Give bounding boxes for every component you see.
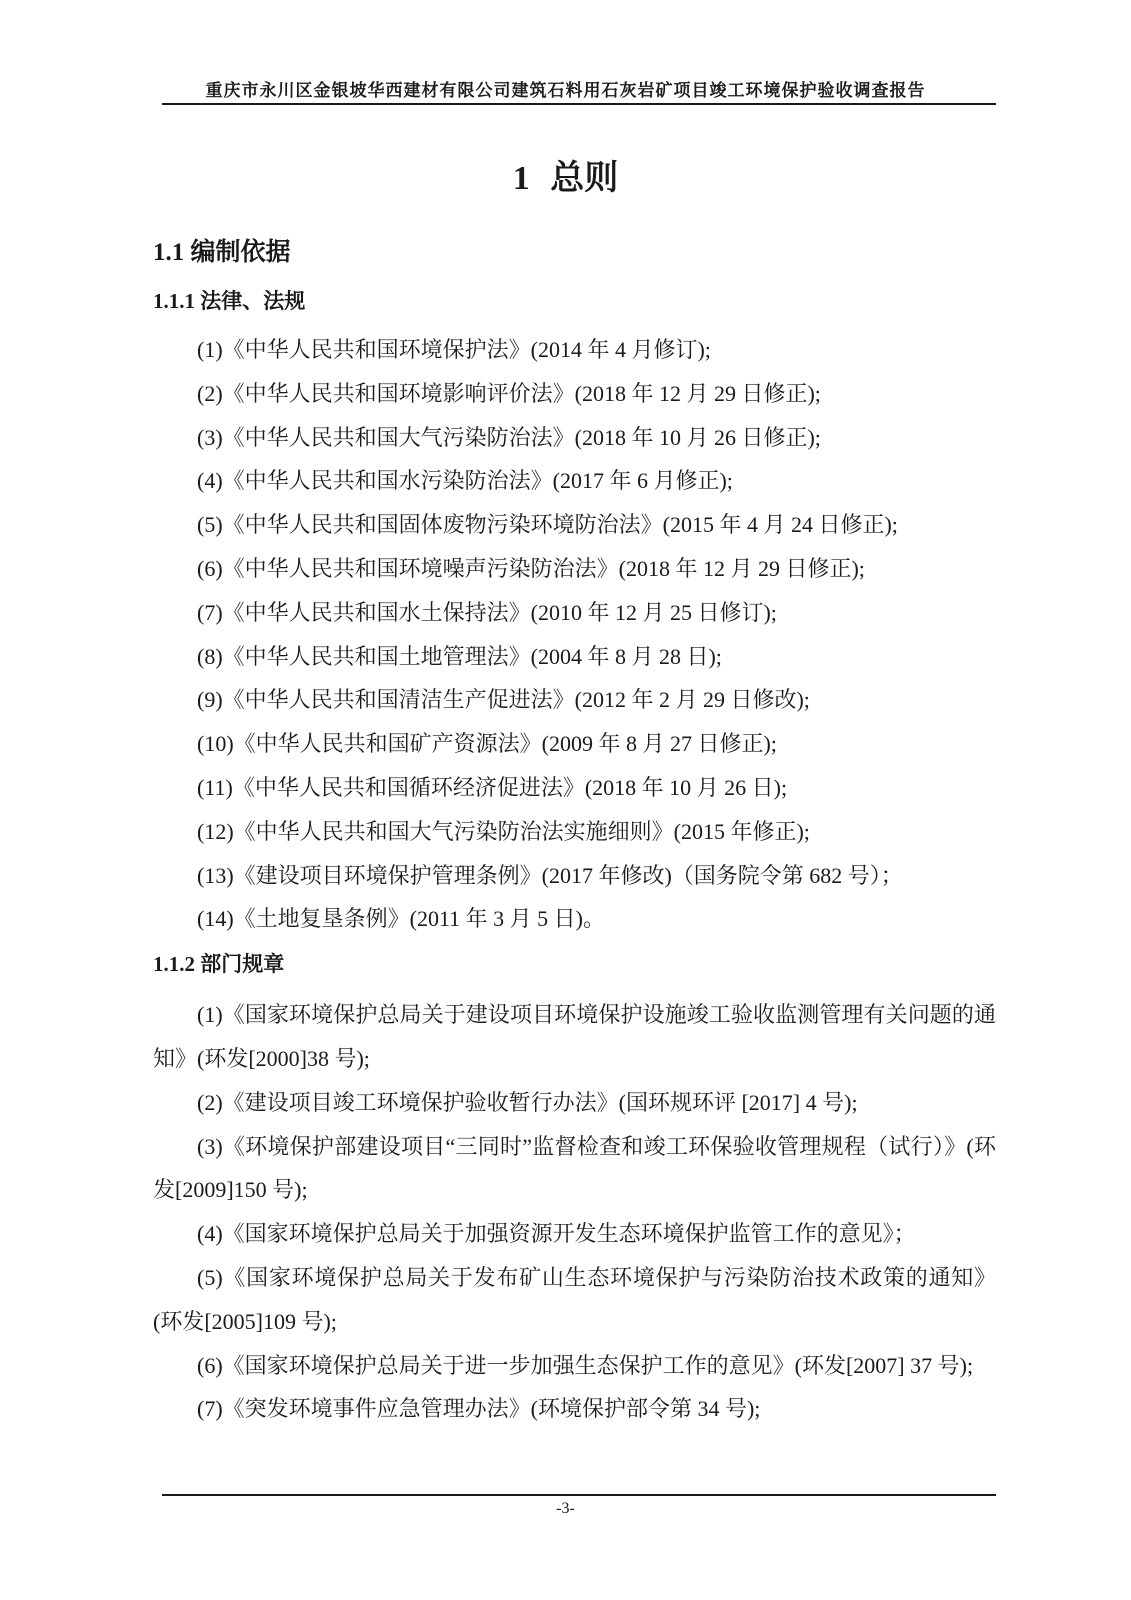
- regulation-item: (3)《环境保护部建设项目“三同时”监督检查和竣工环保验收管理规程（试行）》(环…: [153, 1125, 996, 1213]
- law-item: (6)《中华人民共和国环境噪声污染防治法》(2018 年 12 月 29 日修正…: [153, 547, 996, 591]
- section-heading-1-1-1: 1.1.1 法律、法规: [153, 288, 996, 314]
- header-rule: [162, 103, 996, 105]
- law-item: (3)《中华人民共和国大气污染防治法》(2018 年 10 月 26 日修正);: [153, 416, 996, 460]
- regulation-item: (1)《国家环境保护总局关于建设项目环境保护设施竣工验收监测管理有关问题的通知》…: [153, 993, 996, 1081]
- page-header: 重庆市永川区金银坡华西建材有限公司建筑石料用石灰岩矿项目竣工环境保护验收调查报告: [0, 76, 1131, 101]
- law-item: (4)《中华人民共和国水污染防治法》(2017 年 6 月修正);: [153, 459, 996, 503]
- section-heading-1-1-2: 1.1.2 部门规章: [153, 951, 996, 977]
- header-title: 重庆市永川区金银坡华西建材有限公司建筑石料用石灰岩矿项目竣工环境保护验收调查报告: [206, 81, 926, 100]
- law-item: (1)《中华人民共和国环境保护法》(2014 年 4 月修订);: [153, 328, 996, 372]
- document-title: 1 总则: [0, 150, 1131, 199]
- page-number: -3-: [556, 1500, 575, 1517]
- law-item: (8)《中华人民共和国土地管理法》(2004 年 8 月 28 日);: [153, 635, 996, 679]
- law-item: (10)《中华人民共和国矿产资源法》(2009 年 8 月 27 日修正);: [153, 722, 996, 766]
- law-item: (12)《中华人民共和国大气污染防治法实施细则》(2015 年修正);: [153, 810, 996, 854]
- regulation-item: (7)《突发环境事件应急管理办法》(环境保护部令第 34 号);: [153, 1387, 996, 1431]
- law-item: (11)《中华人民共和国循环经济促进法》(2018 年 10 月 26 日);: [153, 766, 996, 810]
- law-item: (13)《建设项目环境保护管理条例》(2017 年修改)（国务院令第 682 号…: [153, 854, 996, 898]
- law-item: (9)《中华人民共和国清洁生产促进法》(2012 年 2 月 29 日修改);: [153, 678, 996, 722]
- page-footer: -3-: [0, 1500, 1131, 1518]
- document-page: 重庆市永川区金银坡华西建材有限公司建筑石料用石灰岩矿项目竣工环境保护验收调查报告…: [0, 0, 1131, 1600]
- regulation-item: (6)《国家环境保护总局关于进一步加强生态保护工作的意见》(环发[2007] 3…: [153, 1344, 996, 1388]
- document-body: 1.1 编制依据 1.1.1 法律、法规 (1)《中华人民共和国环境保护法》(2…: [153, 238, 996, 1431]
- footer-rule: [162, 1494, 996, 1496]
- regulation-item: (5)《国家环境保护总局关于发布矿山生态环境保护与污染防治技术政策的通知》(环发…: [153, 1256, 996, 1344]
- law-item: (14)《土地复垦条例》(2011 年 3 月 5 日)。: [153, 897, 996, 941]
- law-item: (7)《中华人民共和国水土保持法》(2010 年 12 月 25 日修订);: [153, 591, 996, 635]
- law-item: (2)《中华人民共和国环境影响评价法》(2018 年 12 月 29 日修正);: [153, 372, 996, 416]
- section-heading-1-1: 1.1 编制依据: [153, 238, 996, 268]
- regulation-item: (4)《国家环境保护总局关于加强资源开发生态环境保护监管工作的意见》；: [153, 1212, 996, 1256]
- regulation-item: (2)《建设项目竣工环境保护验收暂行办法》(国环规环评 [2017] 4 号);: [153, 1081, 996, 1125]
- law-item: (5)《中华人民共和国固体废物污染环境防治法》(2015 年 4 月 24 日修…: [153, 503, 996, 547]
